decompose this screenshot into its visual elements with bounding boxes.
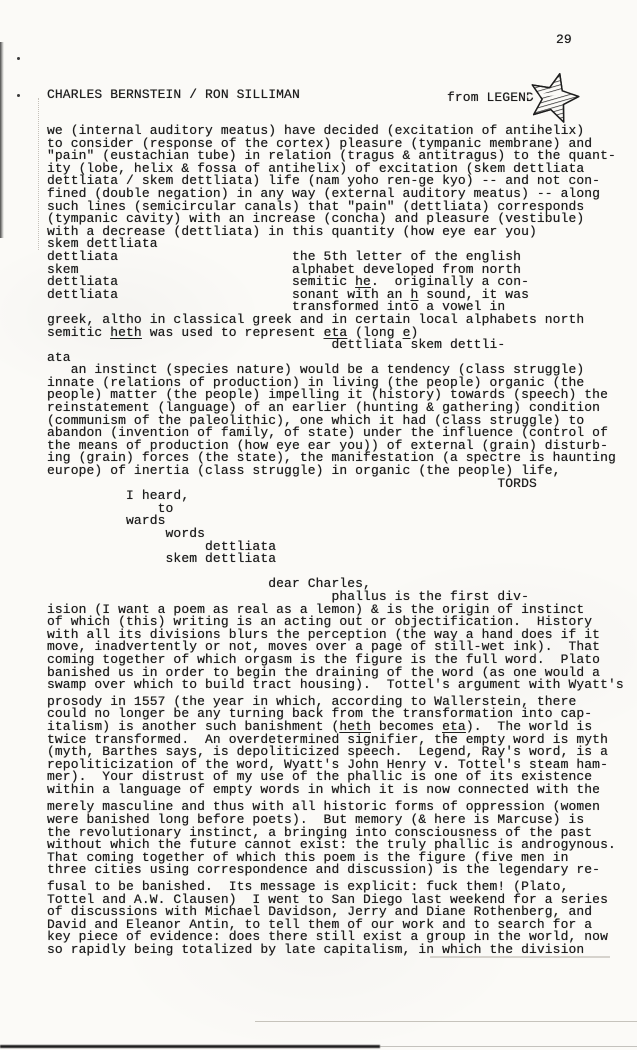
page-body: we (internal auditory meatus) have decid… [47, 125, 624, 957]
scan-margin-artifact [38, 98, 39, 250]
scan-smudge-artifact [430, 956, 610, 958]
text-line: so rapidly being totalized by late capit… [47, 944, 624, 957]
definition-section: dettliata the 5th letter of the englishs… [47, 251, 624, 364]
opening-paragraph: we (internal auditory meatus) have decid… [47, 125, 624, 251]
source-credit: from LEGEND [447, 92, 534, 105]
text-line: skem dettliata [47, 553, 624, 566]
scan-edge-artifact [0, 42, 4, 238]
text-line: three cities using correspondence and di… [47, 864, 624, 877]
hand-drawn-star-icon [524, 70, 584, 124]
text-line: swamp over which to build tract housing)… [47, 679, 624, 692]
instinct-paragraph: an instinct (species nature) would be a … [47, 364, 624, 490]
letter-closing: fusal to be banished. Its message is exp… [47, 881, 624, 957]
page-number: 29 [556, 34, 572, 47]
scan-bottom-edge-artifact [0, 1045, 380, 1048]
scan-line-artifact [255, 1021, 637, 1022]
poem-fragment: I heard, to wards words dettliata skem d… [47, 490, 624, 566]
letter-opening: dear Charles, phallus is the first div-i… [47, 578, 624, 691]
scanned-page: 29 CHARLES BERNSTEIN / RON SILLIMAN from… [0, 0, 637, 1050]
letter-prosody: prosody in 1557 (the year in which, acco… [47, 696, 624, 797]
text-line: dettliata skem dettli- [47, 339, 624, 352]
scan-bottom-edge-artifact [380, 1046, 637, 1047]
scan-speck [17, 57, 20, 60]
byline: CHARLES BERNSTEIN / RON SILLIMAN [47, 89, 300, 102]
text-line: within a language of empty words in whic… [47, 784, 624, 797]
letter-memory: merely masculine and thus with all histo… [47, 801, 624, 877]
scan-speck [17, 94, 20, 97]
